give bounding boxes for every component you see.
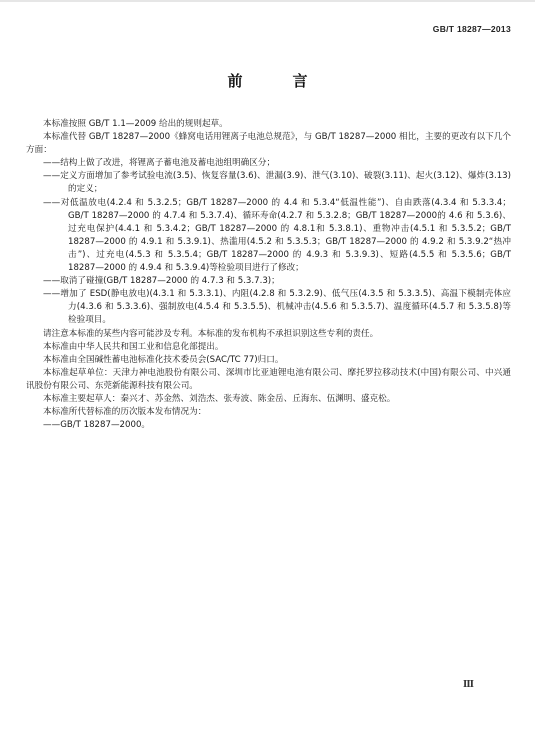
paragraph-proposed-by: 本标准由中华人民共和国工业和信息化部提出。	[26, 341, 511, 354]
paragraph-replacement: 本标准代替 GB/T 18287—2000《蜂窝电话用锂离子电池总规范》，与 G…	[26, 131, 511, 157]
page-title: 前言	[0, 70, 535, 91]
page-number: Ⅲ	[463, 680, 469, 688]
paragraph-history-intro: 本标准所代替标准的历次版本发布情况为：	[26, 406, 511, 419]
paragraph-administered-by: 本标准由全国碱性蓄电池标准化技术委员会(SAC/TC 77)归口。	[26, 354, 511, 367]
foreword-body: 本标准按照 GB/T 1.1—2009 给出的规则起草。 本标准代替 GB/T …	[26, 118, 511, 432]
title-char-1: 前	[227, 70, 242, 91]
paragraph-drafting-rules: 本标准按照 GB/T 1.1—2009 给出的规则起草。	[26, 118, 511, 131]
paragraph-drafting-units: 本标准起草单位：天津力神电池股份有限公司、深圳市比亚迪锂电池有限公司、摩托罗拉移…	[26, 367, 511, 393]
paragraph-drafters: 本标准主要起草人：秦兴才、苏金然、刘浩杰、张寿波、陈金岳、丘海东、伍渊明、盛克松…	[26, 393, 511, 406]
change-item-removed-collision: ——取消了碰撞(GB/T 18287—2000 的 4.7.3 和 5.3.7.…	[26, 275, 511, 288]
page-top-border	[0, 0, 535, 2]
standard-code-header: GB/T 18287—2013	[433, 24, 511, 34]
title-char-2: 言	[293, 70, 308, 91]
paragraph-patent-notice: 请注意本标准的某些内容可能涉及专利。本标准的发布机构不承担识别这些专利的责任。	[26, 328, 511, 341]
change-item-structure: ——结构上做了改进，将锂离子蓄电池及蓄电池组明确区分；	[26, 157, 511, 170]
change-item-added-tests: ——增加了 ESD(静电放电)(4.3.1 和 5.3.3.1)、内阻(4.2.…	[26, 288, 511, 327]
change-item-modified-tests: ——对低温放电(4.2.4 和 5.3.2.5；GB/T 18287—2000 …	[26, 197, 511, 276]
change-item-definitions: ——定义方面增加了参考试验电流(3.5)、恢复容量(3.6)、泄漏(3.9)、泄…	[26, 170, 511, 196]
history-item: ——GB/T 18287—2000。	[26, 419, 511, 432]
